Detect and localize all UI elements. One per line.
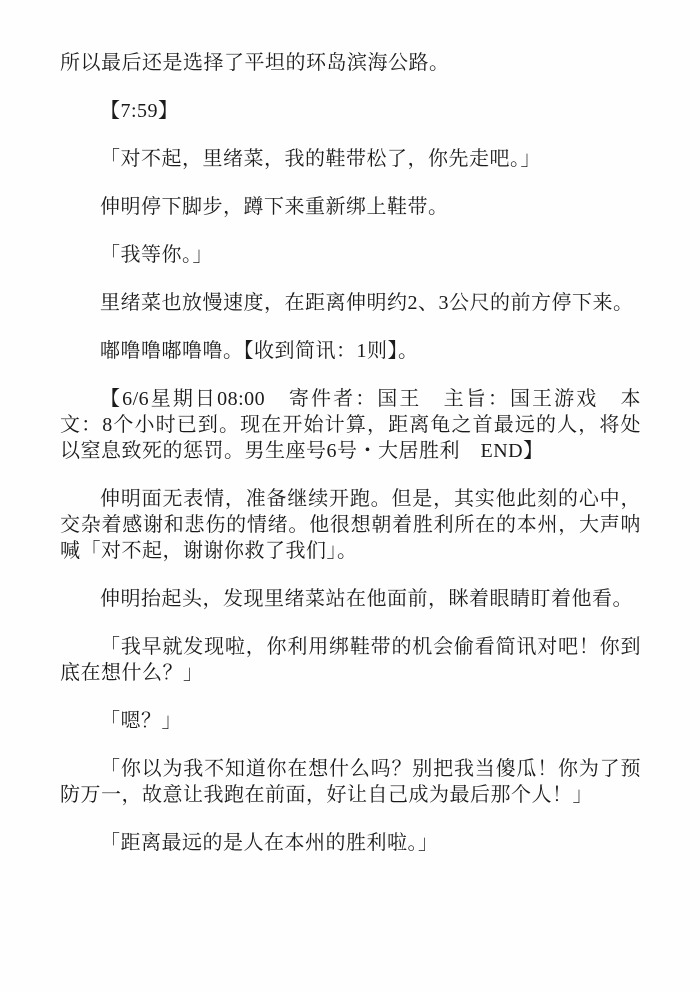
paragraph-narration: 伸明停下脚步，蹲下来重新绑上鞋带。 — [60, 194, 641, 220]
paragraph-sms-notification: 嘟噜噜嘟噜噜。【收到简讯：1则】。 — [60, 338, 641, 364]
paragraph-narration: 里绪菜也放慢速度，在距离伸明约2、3公尺的前方停下来。 — [60, 290, 641, 316]
paragraph-kings-message: 【6/6星期日08:00 寄件者：国王 主旨：国王游戏 本文：8个小时已到。现在… — [60, 386, 641, 464]
paragraph-narration: 伸明面无表情，准备继续开跑。但是，其实他此刻的心中，交杂着感谢和悲伤的情绪。他很… — [60, 486, 641, 564]
paragraph-dialogue: 「对不起，里绪菜，我的鞋带松了，你先走吧。」 — [60, 146, 641, 172]
paragraph-dialogue: 「我早就发现啦，你利用绑鞋带的机会偷看简讯对吧！你到底在想什么？」 — [60, 634, 641, 686]
paragraph-narration-continuation: 所以最后还是选择了平坦的环岛滨海公路。 — [60, 50, 641, 76]
paragraph-narration: 伸明抬起头，发现里绪菜站在他面前，眯着眼睛盯着他看。 — [60, 586, 641, 612]
paragraph-dialogue: 「我等你。」 — [60, 242, 641, 268]
paragraph-dialogue: 「嗯？」 — [60, 708, 641, 734]
paragraph-dialogue: 「距离最远的是人在本州的胜利啦。」 — [60, 830, 641, 856]
paragraph-dialogue: 「你以为我不知道你在想什么吗？别把我当傻瓜！你为了预防万一，故意让我跑在前面，好… — [60, 756, 641, 808]
novel-page: 所以最后还是选择了平坦的环岛滨海公路。 【7:59】 「对不起，里绪菜，我的鞋带… — [0, 0, 700, 992]
paragraph-timestamp: 【7:59】 — [60, 98, 641, 124]
